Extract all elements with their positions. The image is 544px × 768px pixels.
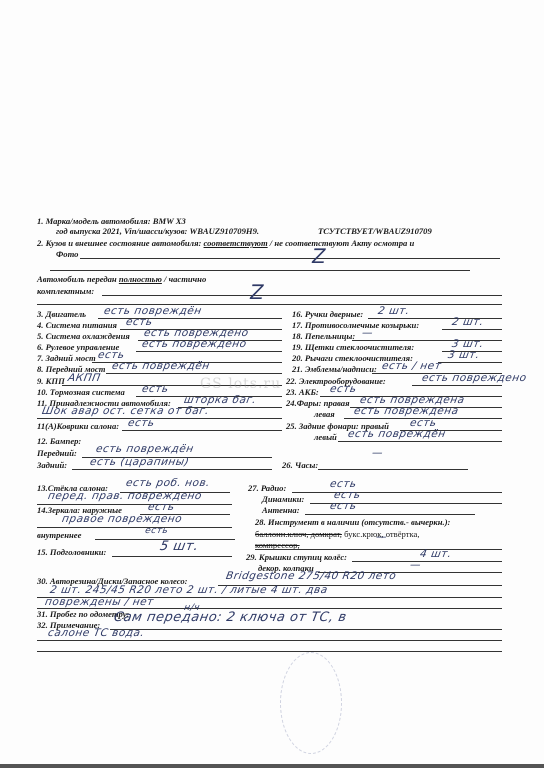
hubcaps-line (352, 561, 502, 562)
speakers-label: Динамики: (262, 494, 304, 504)
left-item-value: есть повреждено (141, 339, 247, 350)
notes-line (110, 629, 502, 630)
left-item-line-2 (37, 418, 282, 419)
item1-vin: год выпуска 2021, Vin/шасси/кузов: WBAUZ… (56, 226, 259, 236)
clock-label: 26. Часы: (282, 460, 318, 470)
radio-line (292, 492, 502, 493)
left-item-line (136, 351, 282, 352)
watermark: GS lots.ru (200, 376, 281, 392)
transferred-label: Автомобиль передан полностью / частично (37, 274, 206, 284)
notes-line-3 (37, 651, 502, 652)
right-item-line (412, 385, 502, 386)
antenna-line (305, 514, 475, 515)
right-item-label: 17. Противосолнечные козырьки: (292, 320, 419, 330)
bumper-rear-line (72, 469, 272, 470)
left-item-label: 5. Система охлаждения (37, 331, 130, 341)
decor-caps-value: — (409, 560, 422, 571)
left-item-label: 9. КПП (37, 376, 65, 386)
left-item-value: есть повреждён (111, 361, 210, 372)
antenna-value: есть (329, 501, 357, 512)
item2-photo-line (80, 258, 500, 259)
item2-photo-label: Фото (56, 249, 78, 259)
notes-value: Сам передано: 2 ключа от ТС, в (113, 612, 347, 623)
mirrors-inner-label: внутреннее (37, 530, 81, 540)
headrests-line (112, 556, 232, 557)
bumper-front-label: Передний: (37, 448, 77, 458)
right-item-label: левый (314, 432, 337, 442)
left-item-label: 3. Двигатель (37, 309, 86, 319)
right-item-line (338, 441, 502, 442)
right-item-label: 16. Ручки дверные: (292, 309, 363, 319)
scan-edge (0, 764, 544, 768)
item2-z-mark: Z (310, 244, 328, 268)
item2-body-condition: 2. Кузов и внешнее состояние автомобиля:… (37, 238, 414, 248)
antenna-label: Антенна: (262, 505, 300, 515)
left-item-value: есть (141, 384, 169, 395)
hubcaps-label: 29. Крышки ступиц колёс: (246, 552, 347, 562)
tools-list: баллонн.ключ, домкрат, букс.крюк, отвёрт… (255, 529, 419, 539)
right-item-value: — (361, 328, 374, 339)
right-item-label: 18. Пепельницы: (292, 331, 355, 341)
right-item-label: 24.Фары: правая (286, 398, 350, 408)
mirrors-line-2 (37, 527, 232, 528)
tools-value: — (375, 532, 388, 543)
clock-line (318, 469, 468, 470)
right-item-label: 19. Щетки стеклоочистителя: (292, 342, 414, 352)
bumper-front-value: есть повреждён (95, 444, 194, 455)
transferred-option-full: полностью (119, 274, 162, 284)
complete-label: комплектным: (37, 286, 94, 296)
item2-option-not-matches: / не соответствуют Акту осмотра и (270, 238, 414, 248)
item1-vin-extra: ТСУТСТВУЕТ/WBAUZ910709 (318, 226, 432, 236)
right-item-value: есть повреждено (421, 373, 527, 384)
right-item-label: 21. Эмблемы/надписи: (292, 364, 377, 374)
separator-line (50, 270, 470, 271)
right-item-value: 3 шт. (447, 350, 481, 361)
left-item-line (106, 373, 282, 374)
transferred-option-partial: / частично (164, 274, 206, 284)
tools-label: 28. Инструмент в наличии (отсутств.- выч… (255, 517, 450, 527)
tires-value: Bridgestone 275/40 R20 лето (225, 571, 397, 582)
right-item-value: есть повреждена (353, 406, 459, 417)
bumper-rear-label: Задний: (37, 460, 67, 470)
headrests-value: 5 шт. (159, 541, 199, 552)
transferred-text: Автомобиль передан (37, 274, 117, 284)
right-item-value: 2 шт. (377, 306, 411, 317)
clock-value: — (371, 448, 384, 459)
left-item-line (122, 430, 282, 431)
complete-line (102, 295, 502, 296)
headrests-label: 15. Подголовники: (37, 547, 106, 557)
tires-value-2: 2 шт. 245/45 R20 лето 2 шт. / литые 4 шт… (49, 585, 329, 596)
right-item-line (438, 362, 502, 363)
bumper-label: 12. Бампер: (37, 436, 81, 446)
right-item-value: есть повреждён (347, 429, 446, 440)
glass-value-2: перед. прав. повреждено (47, 491, 203, 502)
hubcaps-value: 4 шт. (419, 549, 453, 560)
left-item-value: АКПП (67, 373, 101, 384)
left-item-label: 11(А)Коврики салона: (37, 421, 119, 431)
right-item-label: 23. АКБ: (286, 387, 319, 397)
right-item-label: левая (314, 409, 335, 419)
tools-line (255, 549, 502, 550)
item2-label: 2. Кузов и внешнее состояние автомобиля: (37, 238, 201, 248)
radio-label: 27. Радио: (248, 483, 286, 493)
item2-option-matches: соответствуют (204, 238, 268, 248)
notes-value-2: салоне ТС вода. (47, 628, 145, 639)
left-item-label: 7. Задний мост (37, 353, 96, 363)
complete-z-mark: Z (248, 280, 266, 304)
vehicle-acceptance-form: 1. Марка/модель автомобиля: BMW X3 год в… (0, 0, 544, 768)
right-item-value: есть (329, 384, 357, 395)
faint-stamp (280, 652, 342, 754)
right-item-value: 2 шт. (451, 317, 485, 328)
notes-line-2 (37, 640, 502, 641)
mirrors-inner-value: есть (144, 526, 169, 537)
tires-value-3: повреждены / нет (44, 597, 155, 608)
mirrors-value-2: правое повреждено (61, 514, 183, 525)
tools-struck-wrench-jack: баллонн.ключ, домкрат, (255, 529, 342, 539)
glass-value: есть роб. нов. (125, 478, 211, 489)
item1-make-model: 1. Марка/модель автомобиля: BMW X3 (37, 216, 186, 226)
left-item-label: 10. Тормозная система (37, 387, 125, 397)
right-item-line (442, 329, 502, 330)
left-item-value: есть (127, 418, 155, 429)
bumper-rear-value: есть (царапины) (89, 457, 190, 468)
mirrors-value: есть (147, 502, 175, 513)
left-item-label: 4. Система питания (37, 320, 117, 330)
left-item-value-2: Шок авар ост. сетка от баг. (41, 406, 210, 417)
right-item-value: есть / нет (381, 361, 442, 372)
